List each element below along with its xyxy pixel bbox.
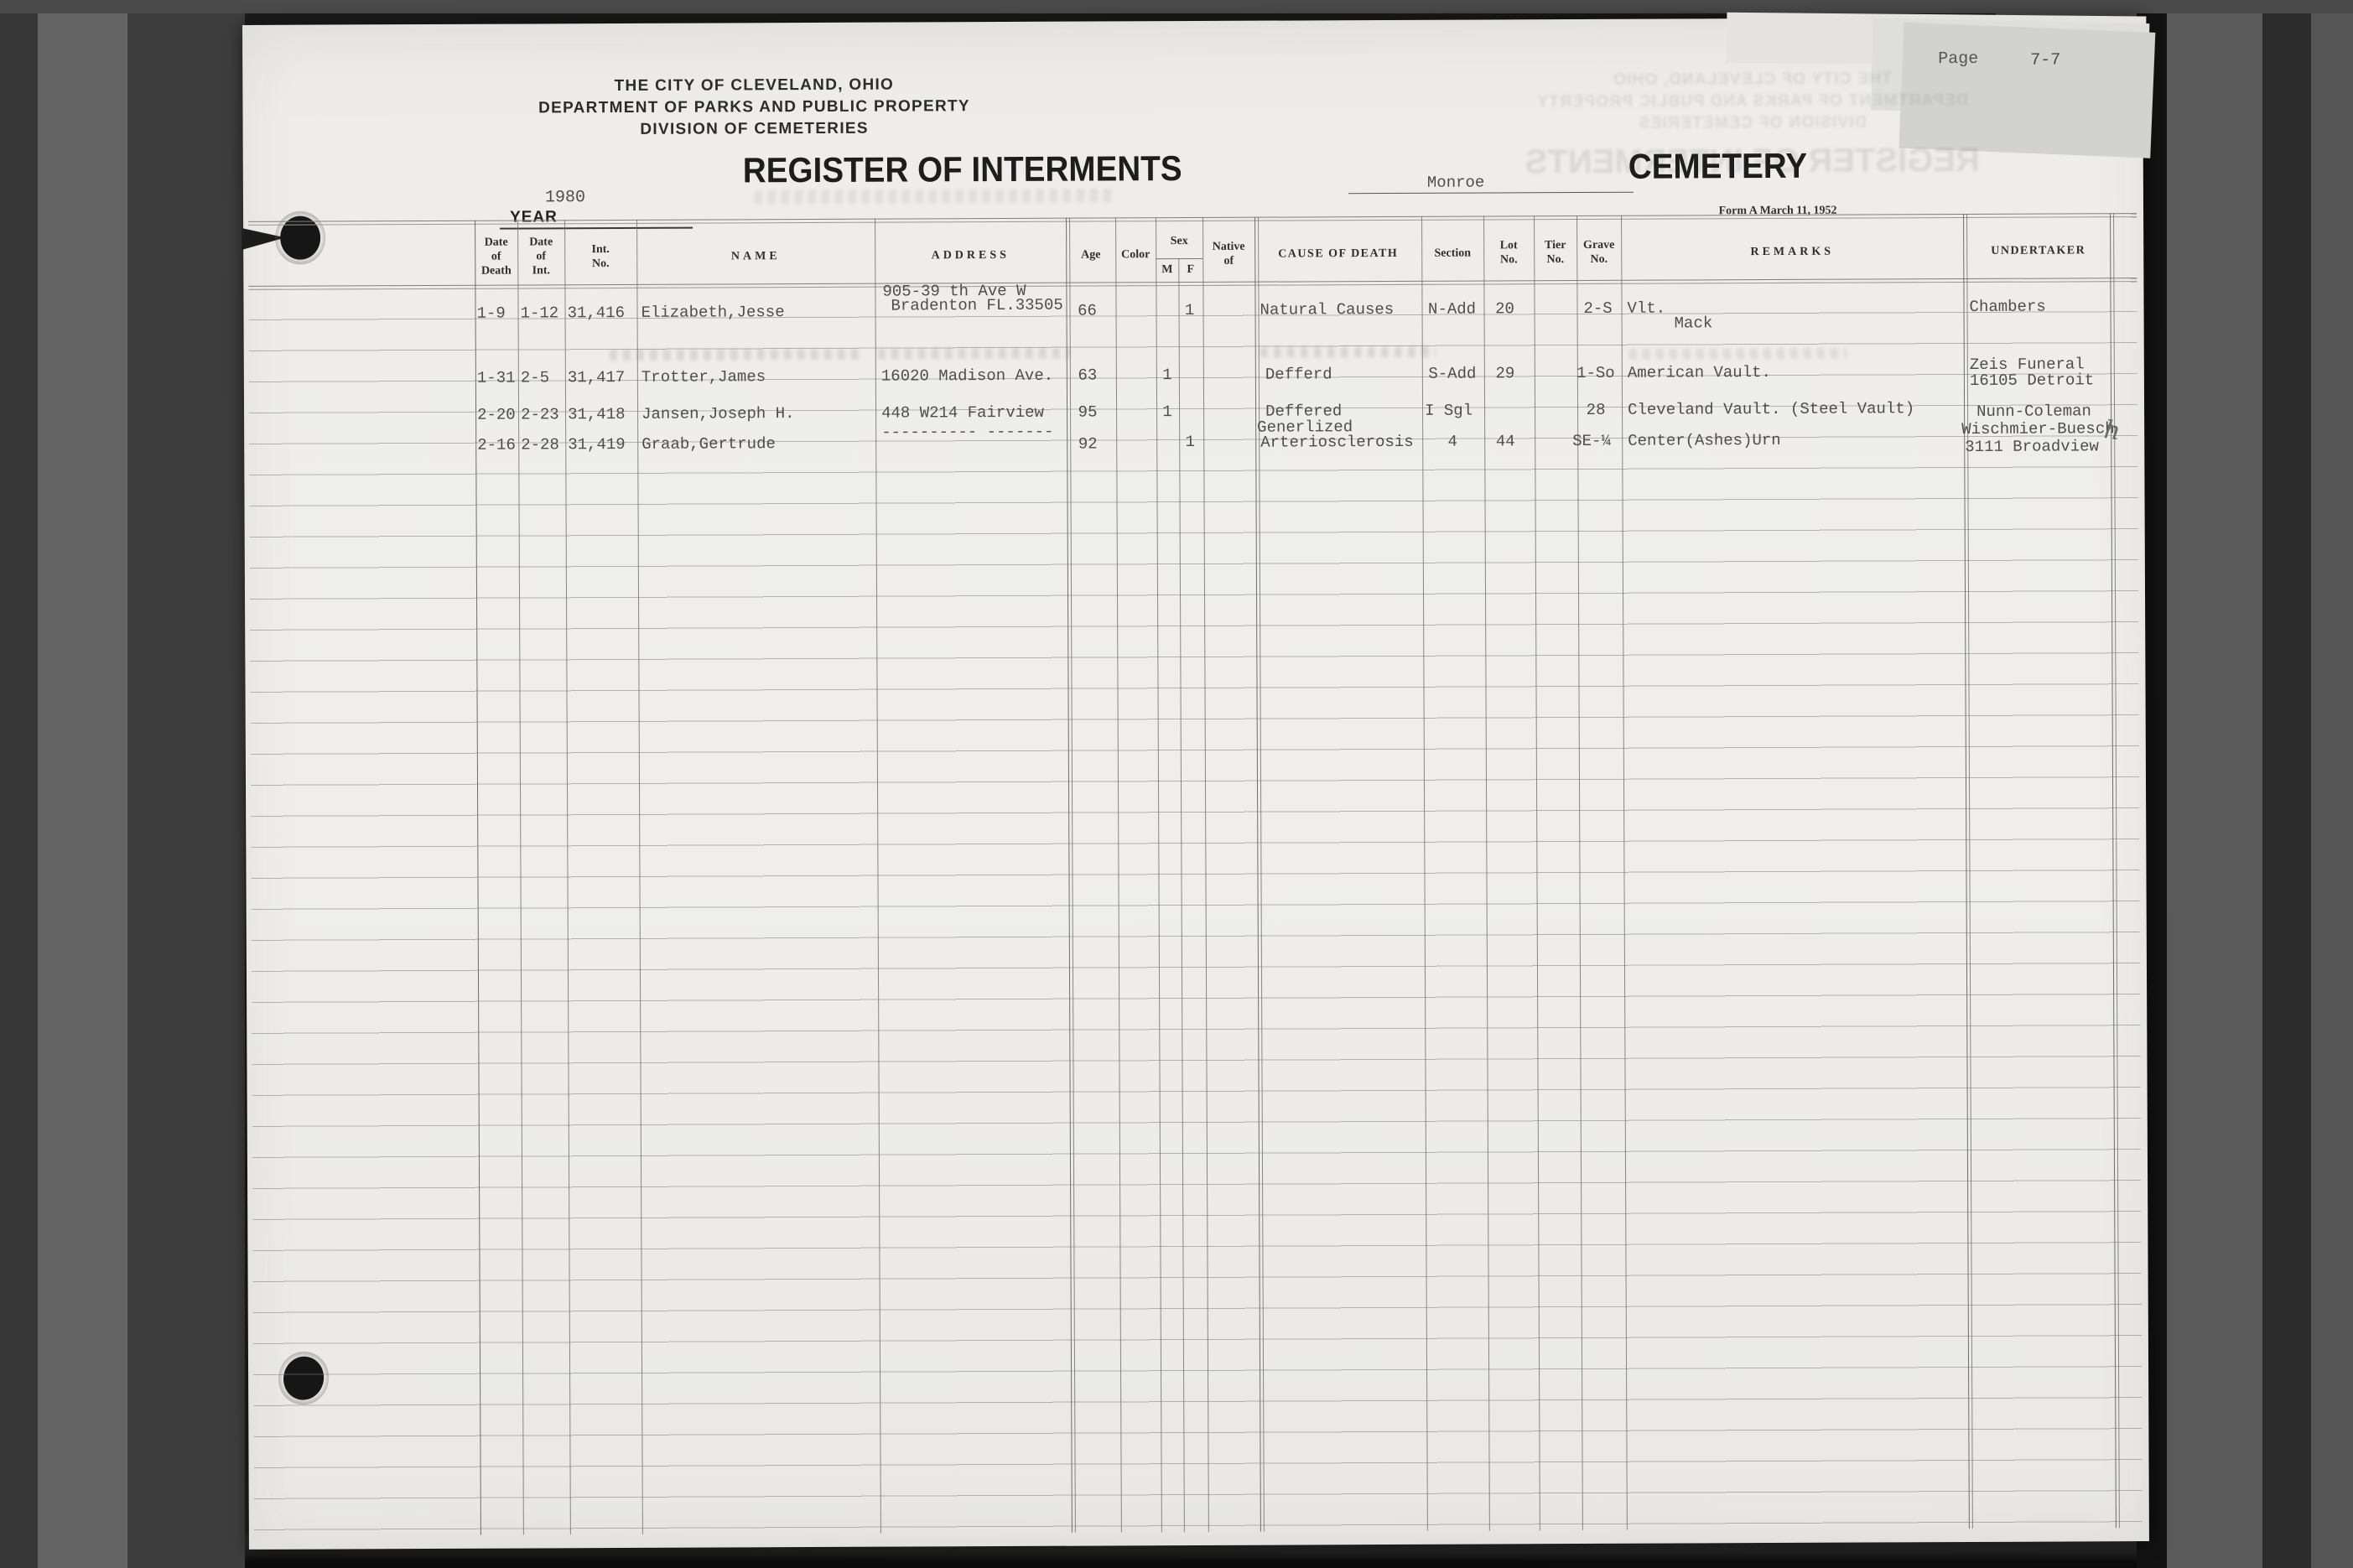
cell-section: 4 [1422,433,1483,451]
cell-grave-no: SE-¼ [1572,432,1611,450]
cell-undertaker: Nunn-Coleman [1976,402,2091,421]
book-cover-top-edge [0,0,2353,13]
book-cover-right [2137,0,2353,1568]
org-header: THE CITY OF CLEVELAND, OHIO DEPARTMENT O… [519,74,989,141]
cell-grave-no: 2-S [1575,299,1620,318]
cell-undertaker-line1: Wischmier-Buesch [1961,419,2115,439]
col-header-undertaker: UNDERTAKER [1963,243,2113,258]
ledger-page: THE CITY OF CLEVELAND, OHIO DEPARTMENT O… [242,17,2149,1550]
cell-undertaker: Chambers [1969,298,2045,316]
org-line-3: DIVISION OF CEMETERIES [520,117,990,141]
cell-section: S-Add [1422,365,1483,383]
cemetery-name: Monroe [1427,173,1485,191]
cell-int-no: 31,419 [568,435,626,454]
cell-date-of-int: 2-23 [521,405,559,423]
cell-cause-line2: Arteriosclerosis [1260,433,1414,452]
col-header-native-of: Nativeof [1202,240,1254,268]
cell-date-of-death: 1-31 [477,369,516,387]
cell-undertaker-line2: 3111 Broadview [1965,437,2099,456]
cell-grave-no: 28 [1571,401,1621,419]
ledger-rules [248,281,2142,1534]
cell-int-no: 31,417 [568,368,626,387]
scanned-register-photo: { "page_header": { "org_line1": "THE CIT… [0,0,2353,1568]
cell-address-line1: 16020 Madison Ave. [881,366,1053,386]
col-header-section: Section [1421,246,1483,260]
col-header-int-no: Int.No. [564,242,636,271]
cell-section: I Sgl [1425,402,1473,420]
col-header-grave-no: GraveNo. [1576,238,1621,267]
cell-int-no: 31,418 [568,405,626,423]
page-label: Page [1938,49,1978,69]
col-header-lot-no: LotNo. [1483,238,1534,267]
org-line-1: THE CITY OF CLEVELAND, OHIO [519,74,989,97]
cell-lot-no: 20 [1483,299,1525,318]
cell-sex-f: 1 [1178,301,1200,319]
col-header-remarks: REMARKS [1621,244,1963,260]
cell-grave-no: 1-So [1571,364,1621,382]
cell-remarks-line1: Cleveland Vault. (Steel Vault) [1628,399,1914,418]
bleed-smudge [755,189,1115,204]
col-header-sex-f: F [1178,262,1202,277]
cell-remarks-line1: Center(Ashes)Urn [1628,431,1781,450]
col-header-date-of-int: DateofInt. [517,235,564,278]
col-header-sex-m: M [1156,262,1178,277]
col-header-address: ADDRESS [875,248,1066,263]
cell-address-line2: Bradenton FL.33505 [891,296,1062,315]
cemetery-title: CEMETERY [1628,146,1807,187]
register-title: REGISTER OF INTERMENTS [743,148,1182,190]
cell-sex-m: 1 [1156,402,1178,421]
cell-date-of-int: 1-12 [520,304,558,322]
cell-sex-f: 1 [1179,433,1201,451]
page-stack-edge [1899,23,2155,158]
col-header-name: NAME [636,249,875,264]
col-header-cause-of-death: CAUSE OF DEATH [1254,247,1421,262]
col-header-age: Age [1066,247,1115,262]
cell-address-dashes: ---------- ------- [881,423,1053,442]
cell-name: Jansen,Joseph H. [641,404,795,423]
book-cover-left [0,0,245,1568]
cell-date-of-death: 2-16 [477,436,516,454]
cell-sex-m: 1 [1156,366,1178,384]
cell-date-of-death: 1-9 [476,304,505,323]
cell-remarks-line1: Vlt. [1627,299,1665,318]
cell-cause-of-death: Defferd [1265,365,1332,383]
col-header-sex: Sex [1156,234,1202,248]
col-header-color: Color [1115,247,1156,262]
col-header-tier-no: TierNo. [1534,238,1576,267]
punch-hole-top [280,216,320,260]
form-note: Form A March 11, 1952 [1669,204,1887,218]
cell-section: N-Add [1421,300,1482,319]
cemetery-underline [1348,192,1634,194]
cell-age: 92 [1067,434,1109,453]
cell-age: 66 [1066,301,1108,319]
cell-cause-of-death: Natural Causes [1260,300,1394,319]
cell-lot-no: 44 [1484,432,1526,450]
cell-address-line1: 448 W214 Fairview [881,403,1044,423]
org-line-2: DEPARTMENT OF PARKS AND PUBLIC PROPERTY [519,96,989,119]
cell-age: 63 [1067,366,1109,384]
page-number: 7-7 [2030,50,2060,70]
cell-date-of-int: 2-5 [521,368,549,387]
cell-int-no: 31,416 [567,304,625,322]
cell-lot-no: 29 [1484,364,1526,382]
cell-remarks-line2: Mack [1675,314,1713,332]
col-header-date-of-death: DateofDeath [475,236,517,278]
cell-date-of-death: 2-20 [477,406,516,424]
year-underline [500,227,693,230]
cell-undertaker-line2: 16105 Detroit [1970,371,2094,390]
cell-name: Graab,Gertrude [641,434,776,454]
cell-date-of-int: 2-28 [521,435,559,454]
cell-remarks-line1: American Vault. [1628,363,1771,382]
cell-name: Elizabeth,Jesse [641,303,784,322]
cell-age: 95 [1067,402,1109,421]
cell-name: Trotter,James [641,367,766,387]
year-value: 1980 [545,188,585,207]
